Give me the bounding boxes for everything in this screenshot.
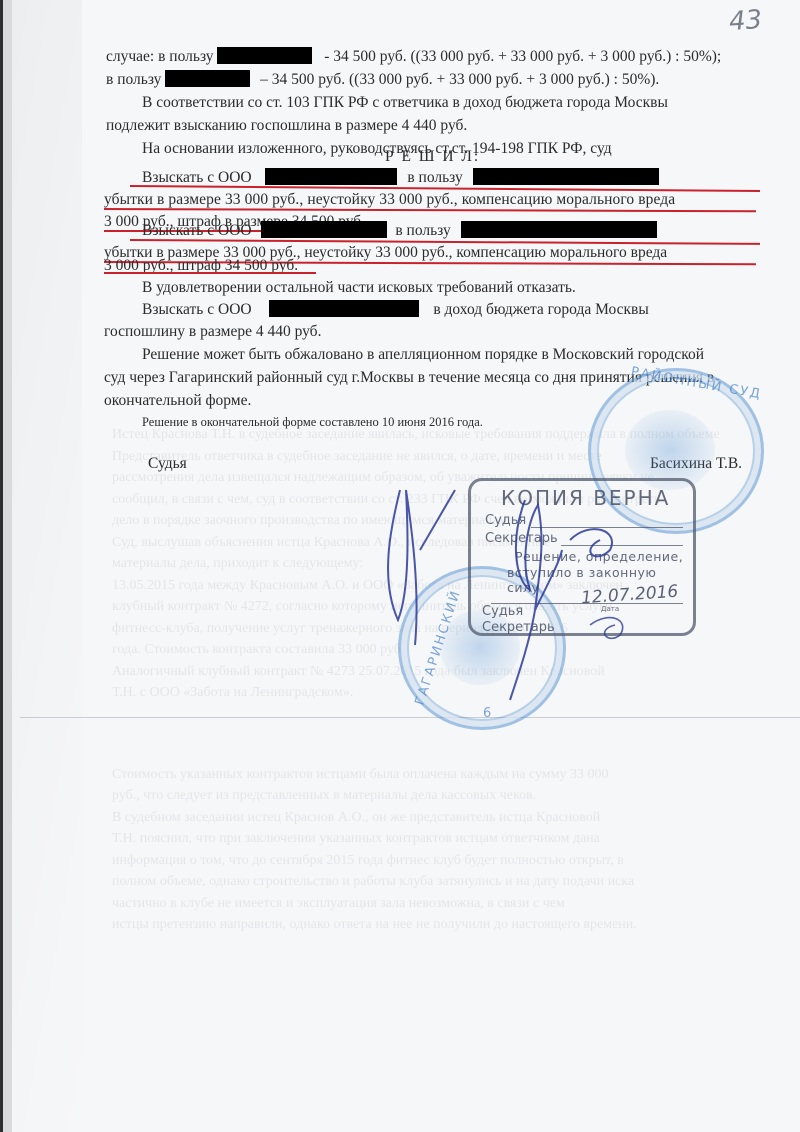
text-line: В соответствии со ст. 103 ГПК РФ с ответ… bbox=[142, 93, 668, 112]
redaction-box bbox=[269, 300, 419, 317]
scan-fold-line bbox=[20, 717, 800, 718]
scan-edge bbox=[0, 0, 12, 1132]
bleed-through-line: полном объеме, однако строительство и ра… bbox=[112, 872, 762, 892]
bleed-through-line: информация о том, что до сентября 2015 г… bbox=[112, 851, 762, 871]
text-line: В удовлетворении остальной части исковых… bbox=[142, 278, 576, 297]
redaction-box bbox=[261, 221, 387, 238]
duty-line-1: Взыскать с ООО в доход бюджета города Мо… bbox=[142, 300, 649, 319]
claim-1-line-2: убытки в размере 33 000 руб., неустойку … bbox=[104, 190, 675, 209]
bleed-through-line: В судебном заседании истец Краснов А.О.,… bbox=[112, 808, 762, 828]
bleed-through-line: истцы претензию направили, однако ответа… bbox=[112, 915, 762, 935]
handwritten-page-number: 43 bbox=[728, 5, 763, 37]
claim-1-line-1: Взыскать с ООО в пользу bbox=[142, 168, 659, 187]
text-line: госпошлину в размере 4 440 руб. bbox=[104, 322, 321, 341]
redaction-box bbox=[473, 168, 659, 185]
text-line: На основании изложенного, руководствуясь… bbox=[142, 139, 612, 158]
final-form-note: Решение в окончательной форме составлено… bbox=[142, 413, 483, 432]
page-fold-shadow bbox=[12, 0, 82, 1132]
redaction-box bbox=[217, 47, 312, 64]
claim-2-line-1: Взыскать с ООО в пользу bbox=[142, 221, 657, 240]
bleed-through-line: частично в клубе не имеется и эксплуатац… bbox=[112, 894, 762, 914]
bleed-through-line: руб., что следует из представленных в ма… bbox=[112, 786, 762, 806]
redaction-box bbox=[461, 221, 657, 238]
bleed-through-line: Т.Н. пояснил, что при заключении указанн… bbox=[112, 829, 762, 849]
red-underline bbox=[104, 272, 316, 274]
stamp-signature bbox=[490, 480, 650, 710]
judge-label: Судья bbox=[148, 454, 187, 473]
text-line: Решение может быть обжаловано в апелляци… bbox=[142, 345, 704, 364]
text-line: подлежит взысканию госпошлина в размере … bbox=[106, 116, 467, 135]
redaction-box bbox=[165, 70, 250, 87]
judge-signature bbox=[360, 470, 460, 670]
text-line: случае: в пользу - 34 500 руб. ((33 000 … bbox=[106, 47, 721, 66]
resolved-heading: Р Е Ш И Л: bbox=[385, 147, 480, 166]
redaction-box bbox=[265, 168, 397, 185]
bleed-through-line: Стоимость указанных контрактов истцами б… bbox=[112, 765, 762, 785]
text-line: в пользу – 34 500 руб. ((33 000 руб. + 3… bbox=[106, 70, 659, 89]
text-line: окончательной форме. bbox=[104, 391, 251, 410]
